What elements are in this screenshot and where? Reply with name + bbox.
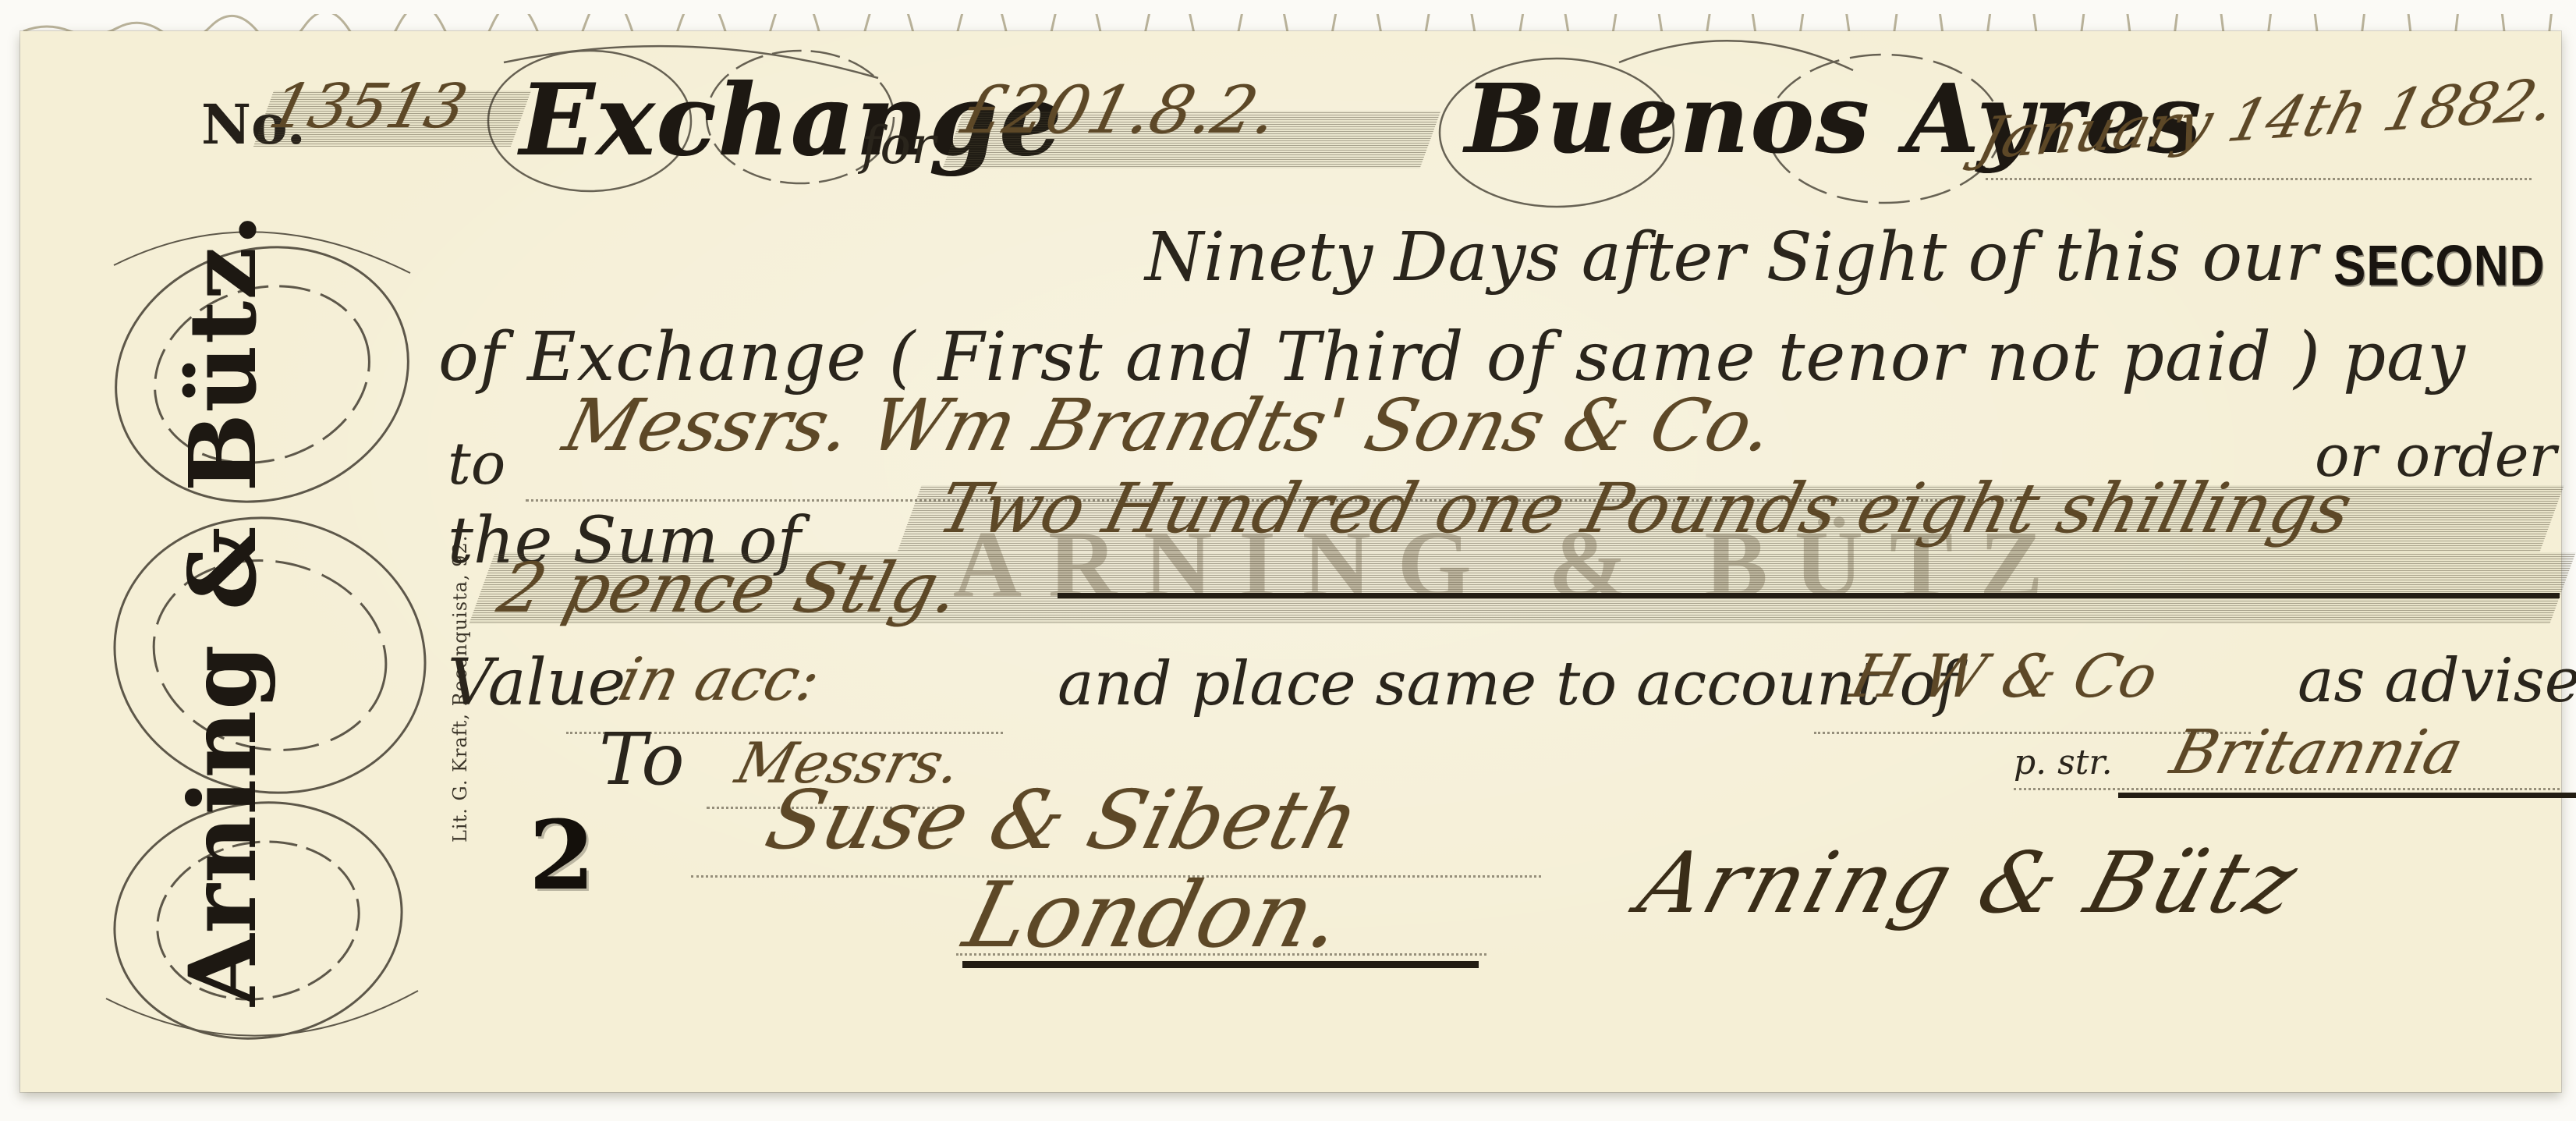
- copy-designation: SECOND: [2333, 234, 2545, 300]
- copy-number: 2: [529, 799, 595, 911]
- drawee-name: Suse & Sibeth: [757, 772, 1369, 867]
- side-panel-flourish: [67, 172, 504, 1045]
- tenor-line: Ninety Days after Sight of this our: [1145, 218, 2318, 296]
- per-steamer-rule: [2118, 793, 2576, 798]
- per-steamer-dotted: [2014, 788, 2560, 790]
- amount-words-line1: Two Hundred one Pounds eight shillings: [930, 468, 2360, 548]
- bill-paper: Arning & Bütz. Lit. G. Kraft, Reconquist…: [20, 31, 2561, 1092]
- side-panel-firm-name: Arning & Bütz.: [168, 213, 277, 1006]
- account-clause: and place same to account of: [1058, 649, 1958, 719]
- to-label: to: [448, 431, 505, 498]
- value-in-hand: in acc:: [612, 644, 827, 714]
- number-value: 13513: [263, 72, 474, 142]
- drawee-city-rule: [962, 961, 1479, 968]
- account-of-hand: H W & Co: [1844, 641, 2165, 711]
- drawee-city-dotted: [956, 953, 1486, 956]
- per-steamer-label: p. str.: [2014, 743, 2113, 782]
- date-underline: [1986, 178, 2532, 180]
- amount-figures: £201.8.2.: [955, 72, 1286, 148]
- scanned-bill-of-exchange: Arning & Bütz. Lit. G. Kraft, Reconquist…: [0, 0, 2576, 1121]
- signature: Arning & Bütz: [1628, 835, 2310, 932]
- as-advised-label: as advised: [2298, 646, 2576, 716]
- amount-strike-rule: [1058, 593, 2560, 598]
- per-steamer-name: Britannia: [2164, 718, 2470, 788]
- drawee-label: To: [599, 718, 685, 801]
- value-label: Value: [448, 646, 625, 720]
- payee-name: Messrs. Wm Brandts' Sons & Co.: [556, 384, 1782, 467]
- drawee-city: London.: [955, 863, 1353, 968]
- for-label: for: [861, 115, 936, 176]
- amount-words-line2: 2 pence Stlg.: [491, 548, 968, 628]
